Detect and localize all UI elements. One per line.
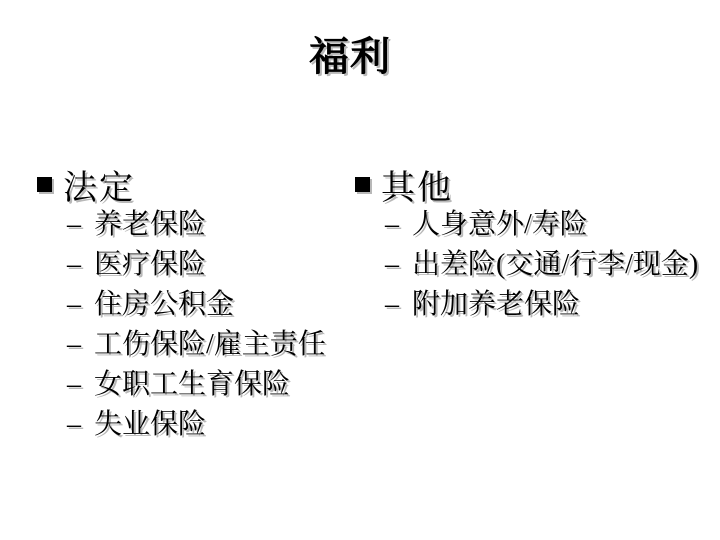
list-item-label: 附加养老保险: [412, 285, 580, 325]
list-item: –工伤保险/雇主责任: [67, 325, 357, 365]
list-item-label: 失业保险: [94, 405, 206, 445]
square-bullet-icon: [37, 177, 52, 192]
list-item: –人身意外/寿险: [385, 205, 715, 245]
list-item: –失业保险: [67, 405, 357, 445]
dash-bullet-icon: –: [67, 405, 94, 445]
dash-bullet-icon: –: [67, 285, 94, 325]
dash-bullet-icon: –: [67, 325, 94, 365]
column-other: 其他 –人身意外/寿险–出差险(交通/行李/现金)–附加养老保险: [355, 163, 715, 325]
list-item: –附加养老保险: [385, 285, 715, 325]
dash-bullet-icon: –: [67, 365, 94, 405]
dash-bullet-icon: –: [67, 245, 94, 285]
slide: 福利 法定 –养老保险–医疗保险–住房公积金–工伤保险/雇主责任–女职工生育保险…: [0, 0, 720, 540]
list-item: –女职工生育保险: [67, 365, 357, 405]
list-item-label: 医疗保险: [94, 245, 206, 285]
column-header: 其他: [355, 163, 715, 205]
list-item: –养老保险: [67, 205, 357, 245]
column-statutory: 法定 –养老保险–医疗保险–住房公积金–工伤保险/雇主责任–女职工生育保险–失业…: [37, 163, 357, 445]
dash-bullet-icon: –: [385, 245, 412, 285]
column-header-label: 法定: [63, 160, 135, 209]
column-header: 法定: [37, 163, 357, 205]
list-item-label: 工伤保险/雇主责任: [94, 325, 326, 365]
bullet-list: –人身意外/寿险–出差险(交通/行李/现金)–附加养老保险: [385, 205, 715, 325]
square-bullet-icon: [355, 177, 370, 192]
slide-title: 福利: [0, 33, 700, 81]
bullet-list: –养老保险–医疗保险–住房公积金–工伤保险/雇主责任–女职工生育保险–失业保险: [67, 205, 357, 445]
list-item-label: 出差险(交通/行李/现金): [412, 245, 698, 285]
dash-bullet-icon: –: [67, 205, 94, 245]
list-item: –住房公积金: [67, 285, 357, 325]
list-item-label: 住房公积金: [94, 285, 234, 325]
column-header-label: 其他: [381, 160, 453, 209]
dash-bullet-icon: –: [385, 205, 412, 245]
list-item: –医疗保险: [67, 245, 357, 285]
dash-bullet-icon: –: [385, 285, 412, 325]
list-item-label: 人身意外/寿险: [412, 205, 588, 245]
list-item-label: 女职工生育保险: [94, 365, 290, 405]
list-item-label: 养老保险: [94, 205, 206, 245]
list-item: –出差险(交通/行李/现金): [385, 245, 715, 285]
